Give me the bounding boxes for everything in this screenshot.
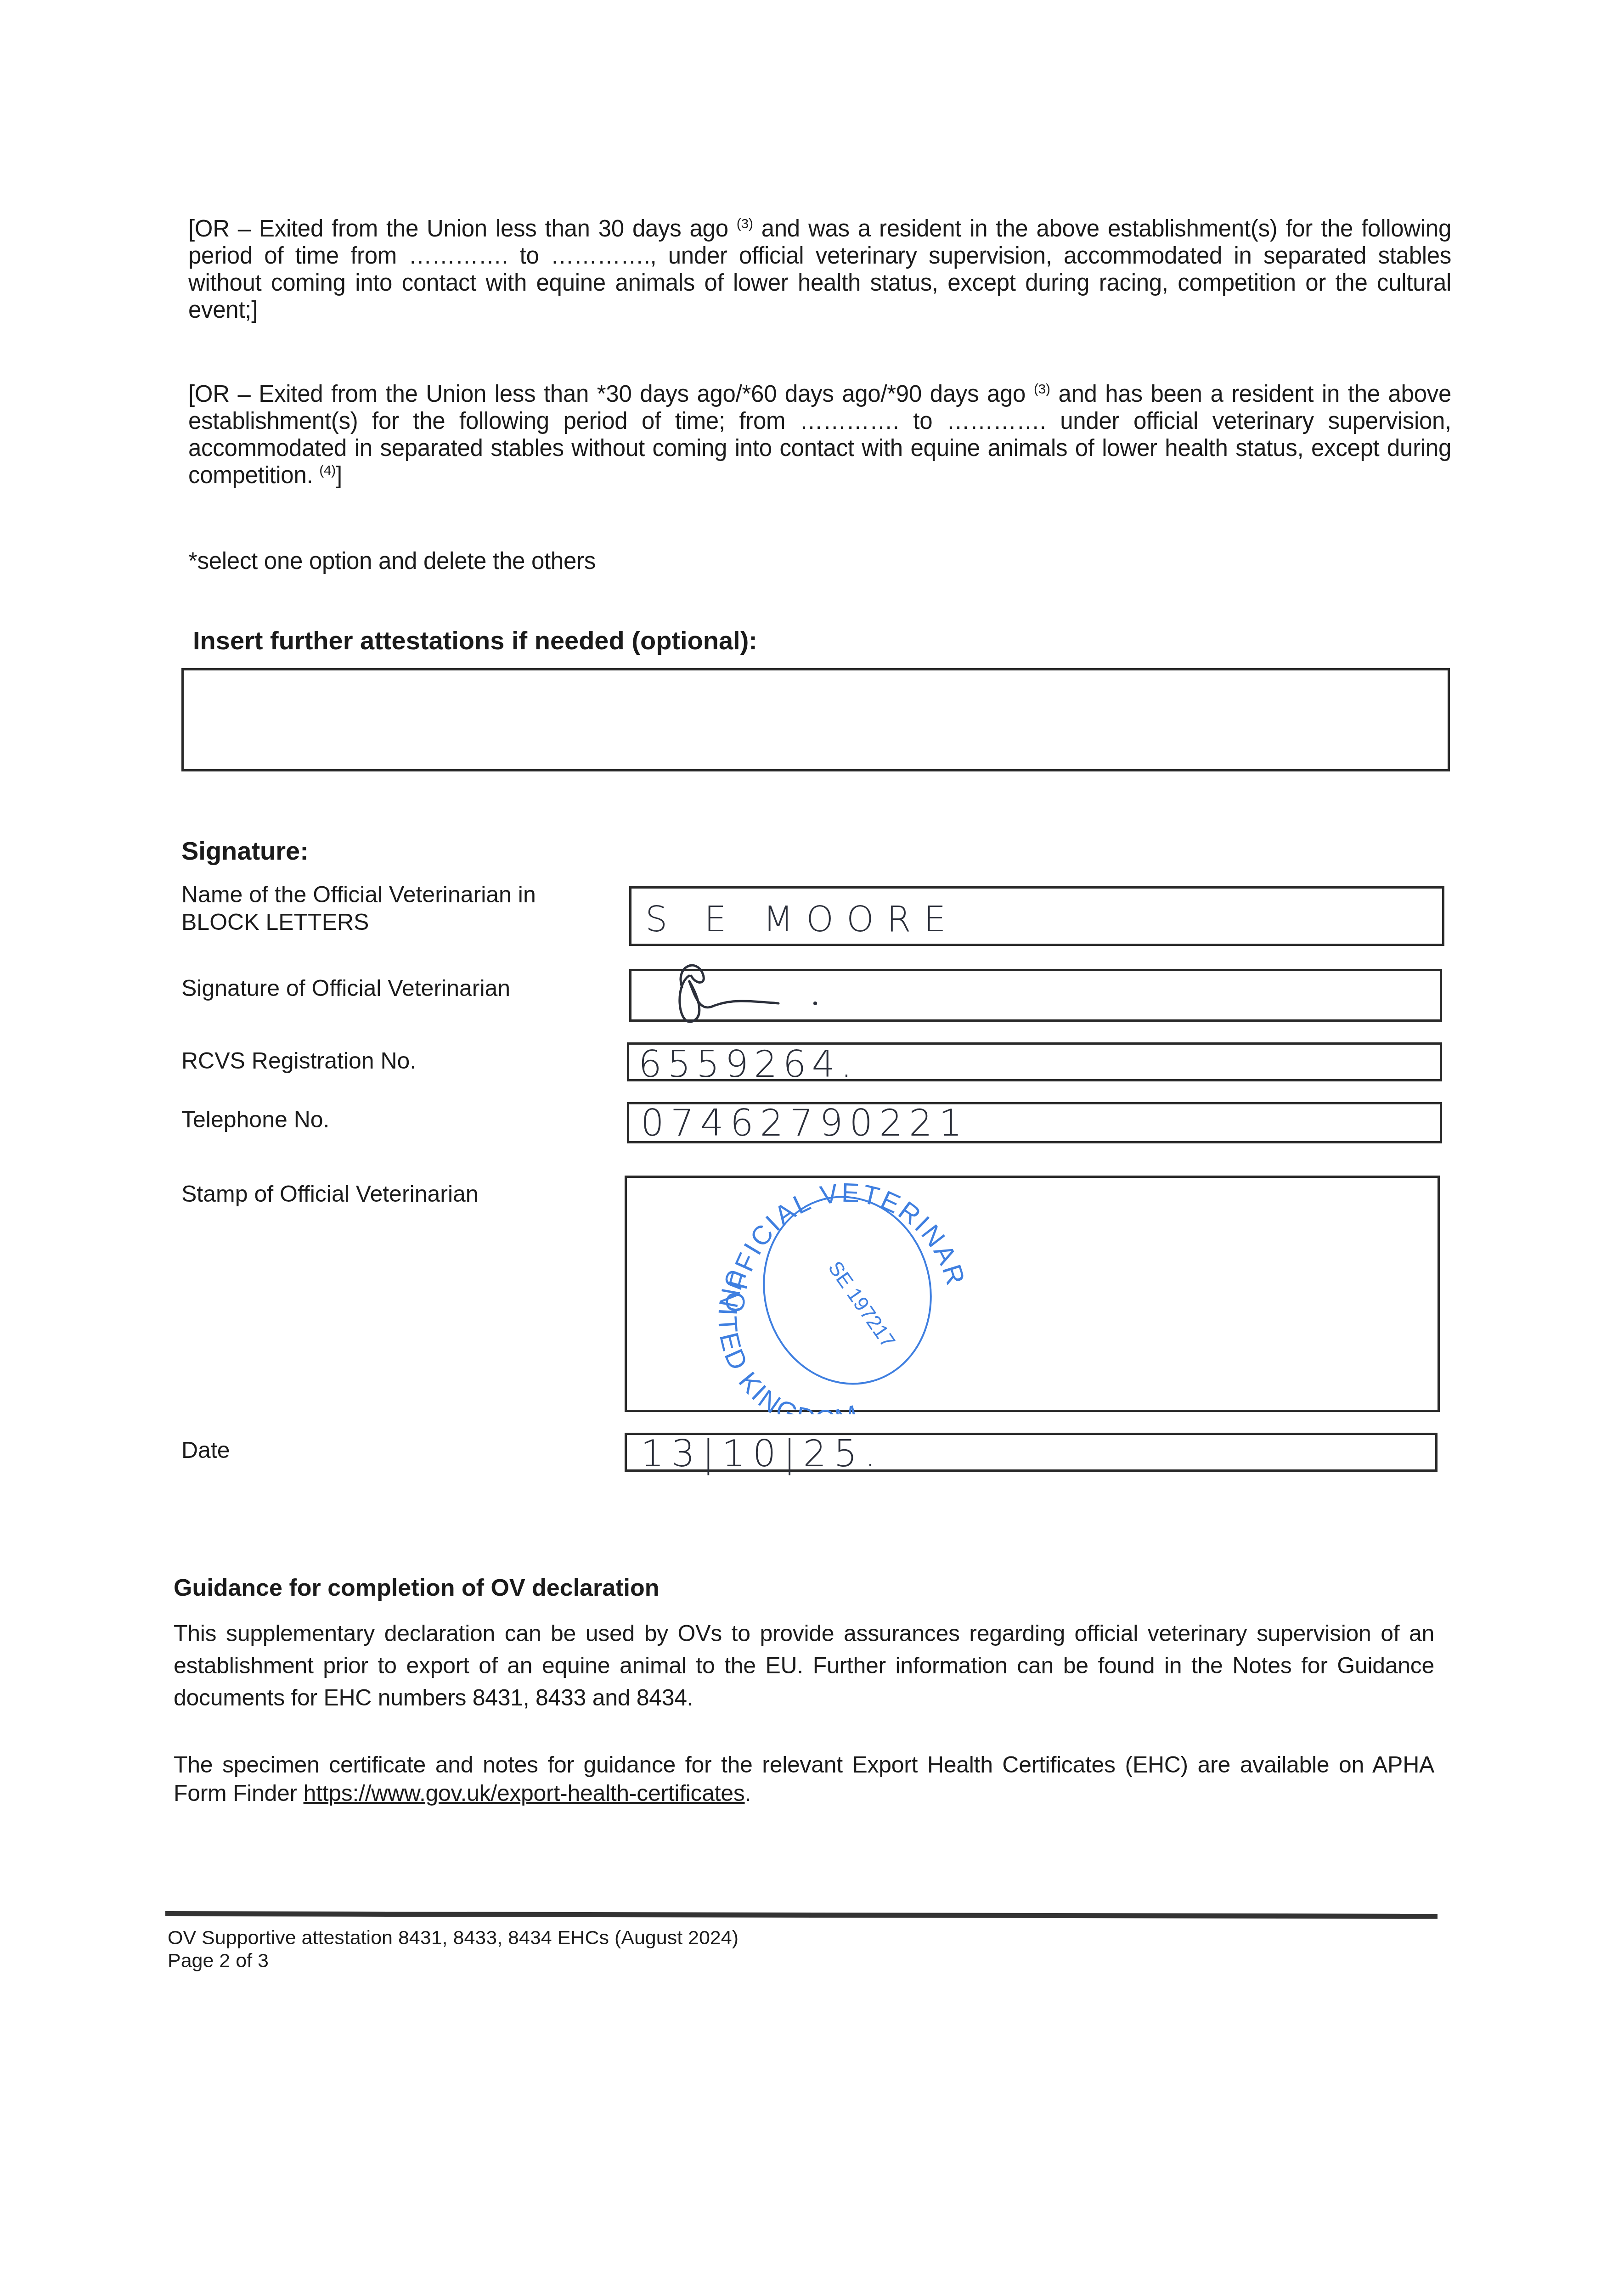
rcvs-label: RCVS Registration No. xyxy=(181,1047,416,1075)
signature-field[interactable] xyxy=(629,969,1442,1022)
footer-rule xyxy=(165,1911,1438,1919)
further-attestations-heading: Insert further attestations if needed (o… xyxy=(193,625,757,655)
signature-label: Signature of Official Veterinarian xyxy=(181,974,510,1002)
official-veterinarian-stamp-icon: OFFICIAL VETERINARIAN UNITED KINGDOM SE … xyxy=(716,1176,974,1414)
telephone-label: Telephone No. xyxy=(181,1106,329,1133)
guidance-para-2-end: . xyxy=(745,1780,751,1806)
handwritten-signature-icon xyxy=(664,948,857,1031)
option-90-text-c: ] xyxy=(336,462,342,488)
name-label: Name of the Official Veterinarian in BLO… xyxy=(181,881,595,936)
stamp-center-text: SE 197217 xyxy=(823,1257,899,1352)
footnote-ref-3: (3) xyxy=(737,216,753,231)
stamp-label: Stamp of Official Veterinarian xyxy=(181,1180,479,1208)
footer-title: OV Supportive attestation 8431, 8433, 84… xyxy=(168,1926,739,1949)
name-field[interactable]: S E MOORE xyxy=(629,886,1444,946)
rcvs-field[interactable]: 6559264. xyxy=(627,1042,1442,1081)
guidance-heading: Guidance for completion of OV declaratio… xyxy=(174,1574,659,1602)
select-note: *select one option and delete the others xyxy=(188,547,1451,574)
further-attestations-field[interactable] xyxy=(181,668,1450,771)
footnote-ref-3: (3) xyxy=(1034,382,1050,397)
export-health-certificates-link[interactable]: https://www.gov.uk/export-health-certifi… xyxy=(304,1780,745,1806)
rcvs-value: 6559264. xyxy=(638,1043,858,1086)
date-value: 13|10|25. xyxy=(641,1432,884,1475)
telephone-value: 07462790221 xyxy=(641,1102,969,1144)
attestation-option-30-days: [OR – Exited from the Union less than 30… xyxy=(188,215,1451,323)
signature-heading: Signature: xyxy=(181,836,309,866)
date-label: Date xyxy=(181,1436,230,1464)
date-field[interactable]: 13|10|25. xyxy=(625,1433,1438,1472)
name-value: S E MOORE xyxy=(645,899,959,940)
telephone-field[interactable]: 07462790221 xyxy=(627,1102,1442,1143)
footer-page-number: Page 2 of 3 xyxy=(168,1949,269,1972)
option-90-text-a: [OR – Exited from the Union less than *3… xyxy=(188,381,1034,407)
footnote-ref-4: (4) xyxy=(319,463,336,478)
option-30-text-a: [OR – Exited from the Union less than 30… xyxy=(188,215,737,242)
guidance-para-2: The specimen certificate and notes for g… xyxy=(174,1750,1434,1807)
guidance-para-1: This supplementary declaration can be us… xyxy=(174,1617,1434,1714)
attestation-option-30-60-90-days: [OR – Exited from the Union less than *3… xyxy=(188,380,1451,489)
